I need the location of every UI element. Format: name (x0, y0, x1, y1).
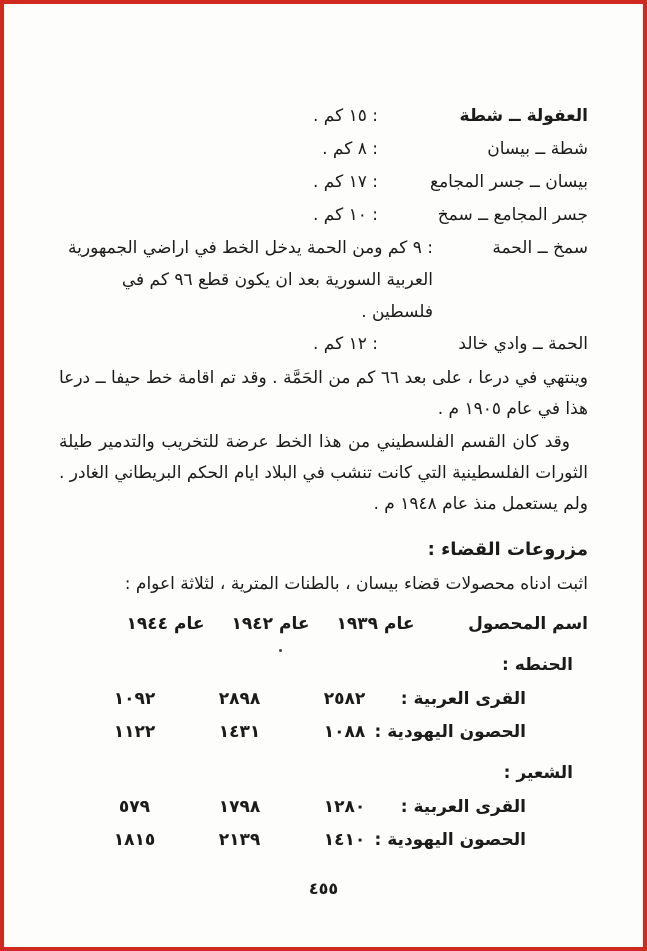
distance-row: سمخ ــ الحمة : ٩ كم ومن الحمة يدخل الخط … (59, 232, 588, 328)
column-header-year-1944: عام ١٩٤٤ (113, 608, 218, 641)
distance-row: الحمة ــ وادي خالد : ١٢ كم . (59, 328, 588, 361)
distance-label: بيسان ــ جسر المجامع (378, 166, 588, 199)
distance-value: : ١٢ كم . (59, 328, 378, 360)
distance-list: العفولة ــ شطة : ١٥ كم . شطة ــ بيسان : … (59, 100, 588, 361)
crops-section-heading: مزروعات القضاء : (59, 536, 588, 564)
distance-row: جسر المجامع ــ سمخ : ١٠ كم . (59, 199, 588, 232)
paragraph-sabotage: وقد كان القسم الفلسطيني من هذا الخط عرضة… (59, 427, 588, 520)
wheat-group-rows: القرى العربية : ٢٥٨٢ ٢٨٩٨ ١٠٩٢ الحصون ال… (59, 683, 588, 749)
distance-row: بيسان ــ جسر المجامع : ١٧ كم . (59, 166, 588, 199)
table-row: القرى العربية : ٢٥٨٢ ٢٨٩٨ ١٠٩٢ (59, 683, 526, 716)
crops-table: اسم المحصول عام ١٩٣٩ عام ١٩٤٢ عام ١٩٤٤ ا… (59, 608, 588, 857)
paragraph-railway-end: وينتهي في درعا ، على بعد ٦٦ كم من الحَمَ… (59, 363, 588, 425)
page-content: العفولة ــ شطة : ١٥ كم . شطة ــ بيسان : … (59, 100, 588, 904)
distance-label: الحمة ــ وادي خالد (378, 328, 588, 361)
scan-speck (279, 649, 282, 652)
cell-value: ٥٧٩ (51, 791, 218, 824)
column-header-year-1939: عام ١٩٣٩ (323, 608, 428, 641)
table-row: الحصون اليهودية : ١٠٨٨ ١٤٣١ ١١٢٢ (59, 716, 526, 749)
distance-label: جسر المجامع ــ سمخ (378, 199, 588, 232)
distance-value: : ٨ كم . (59, 133, 378, 165)
distance-value: : ١٠ كم . (59, 199, 378, 231)
wheat-group-heading: الحنطه : (59, 651, 573, 679)
table-row: الحصون اليهودية : ١٤١٠ ٢١٣٩ ١٨١٥ (59, 824, 526, 857)
column-header-year-1942: عام ١٩٤٢ (218, 608, 323, 641)
crops-intro-line: اثبت ادناه محصولات قضاء بيسان ، بالطنات … (59, 568, 588, 600)
distance-row: العفولة ــ شطة : ١٥ كم . (59, 100, 588, 133)
column-header-crop-name: اسم المحصول (428, 608, 588, 641)
table-row: القرى العربية : ١٢٨٠ ١٧٩٨ ٥٧٩ (59, 791, 526, 824)
distance-value: : ١٥ كم . (59, 100, 378, 132)
barley-group-heading: الشعير : (59, 759, 573, 787)
distance-label: العفولة ــ شطة (378, 100, 588, 133)
distance-value: : ٩ كم ومن الحمة يدخل الخط في اراضي الجم… (59, 232, 433, 328)
crops-table-header: اسم المحصول عام ١٩٣٩ عام ١٩٤٢ عام ١٩٤٤ (59, 608, 588, 641)
barley-group-rows: القرى العربية : ١٢٨٠ ١٧٩٨ ٥٧٩ الحصون الي… (59, 791, 588, 857)
distance-label: شطة ــ بيسان (378, 133, 588, 166)
book-page: العفولة ــ شطة : ١٥ كم . شطة ــ بيسان : … (0, 0, 647, 951)
cell-value: ١٠٩٢ (51, 683, 218, 716)
cell-value: ١١٢٢ (51, 716, 218, 749)
distance-value: : ١٧ كم . (59, 166, 378, 198)
distance-row: شطة ــ بيسان : ٨ كم . (59, 133, 588, 166)
cell-value: ١٨١٥ (51, 824, 218, 857)
page-number: ٤٥٥ (59, 873, 588, 904)
